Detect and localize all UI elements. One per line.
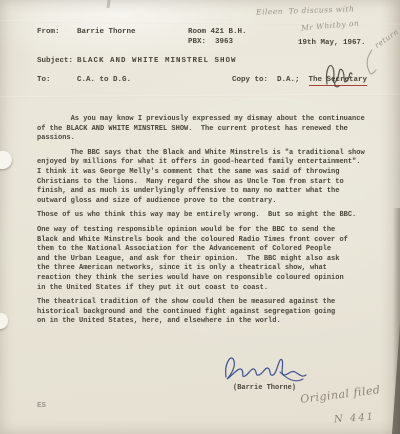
pbx-value: 3963 xyxy=(215,38,233,47)
filed-note: Original filed xyxy=(300,385,381,404)
signature-barrie-thorne xyxy=(220,348,308,386)
subject-label: Subject: xyxy=(37,57,73,66)
copy-to-prefix: Copy to: D.A.; xyxy=(232,76,309,84)
to-value: C.A. to D.G. xyxy=(77,76,131,85)
pbx-label: PBX: xyxy=(188,38,206,47)
from-label: From: xyxy=(37,28,60,37)
pencil-smudge xyxy=(106,0,110,8)
pencil-note-line2: Mr Whitby on xyxy=(301,18,360,32)
paragraph: Those of us who think this way may be en… xyxy=(37,211,385,221)
pencil-checkmark xyxy=(362,48,378,76)
paragraph: As you may know I previously expressed m… xyxy=(37,115,385,144)
paper-tear-spot xyxy=(0,149,14,171)
memo-body: As you may know I previously expressed m… xyxy=(37,115,385,332)
pencil-note-line3: return xyxy=(373,27,400,50)
from-value: Barrie Thorne xyxy=(77,28,136,37)
paper-tear-spot xyxy=(0,312,9,330)
room-number: Room 421 B.H. xyxy=(188,28,247,37)
paragraph: The theatrical tradition of the show cou… xyxy=(37,298,385,327)
signature-typed-name: (Barrie Thorne) xyxy=(233,384,296,393)
pencil-note-line1: Eileen To discuss with xyxy=(256,4,355,16)
paper-crease xyxy=(0,94,400,99)
scan-corner-dark xyxy=(392,324,400,434)
paragraph: The BBC says that the Black and White Mi… xyxy=(37,149,385,207)
paragraph: One way of testing responsible opinion w… xyxy=(37,226,385,293)
to-label: To: xyxy=(37,76,51,85)
ink-scribble-over-secretary xyxy=(322,58,356,88)
subject-value: BLACK AND WHITE MINSTREL SHOW xyxy=(77,57,237,66)
memo-scan-page: From: Barrie Thorne Room 421 B.H. PBX: 3… xyxy=(0,0,400,434)
file-number: N 441 xyxy=(334,413,376,425)
memo-date: 19th May, 1967. xyxy=(298,39,366,48)
typist-initials: ES xyxy=(37,402,46,410)
